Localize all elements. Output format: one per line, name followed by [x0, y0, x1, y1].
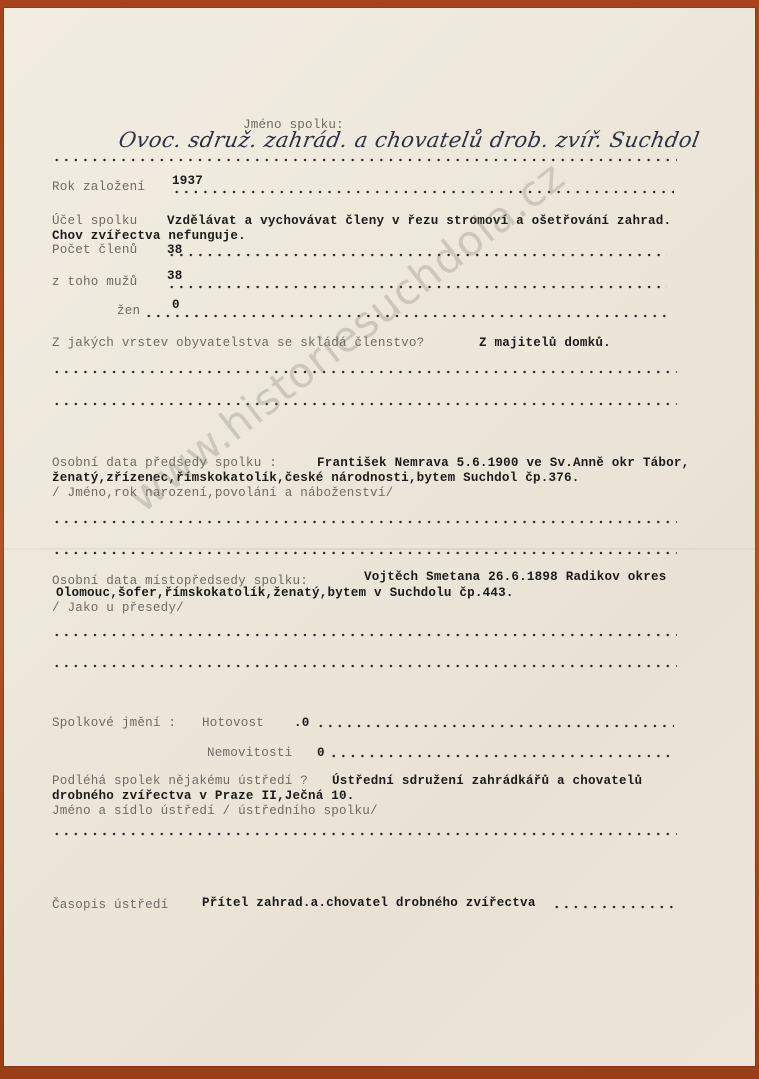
men-value: 38 [167, 269, 183, 283]
central-question: Podléhá spolek nějakému ústředí ? [52, 774, 308, 788]
vice-chairman-value-line1: Vojtěch Smetana 26.6.1898 Radikov okres [364, 570, 667, 584]
dotted-line [52, 633, 677, 637]
club-name-handwritten: Ovoc. sdruž. zahrád. a chovatelů drob. z… [117, 128, 702, 152]
dotted-line [52, 551, 677, 555]
purpose-value-line2: Chov zvířectva nefunguje. [52, 229, 246, 243]
women-value: 0 [172, 298, 180, 312]
journal-label: Časopis ústředí [52, 898, 168, 912]
cash-label: Hotovost [202, 716, 264, 730]
chairman-hint: / Jméno,rok narození,povolání a nábožens… [52, 486, 393, 500]
members-label: Počet členů [52, 243, 137, 257]
property-value: 0 [317, 746, 325, 760]
journal-value: Přítel zahrad.a.chovatel drobného zvířec… [202, 896, 536, 910]
founding-year-value: 1937 [172, 174, 203, 188]
purpose-value-line1: Vzdělávat a vychovávat členy v řezu stro… [167, 214, 671, 228]
dotted-line [329, 754, 674, 758]
document-page: Jméno spolku: Ovoc. sdruž. zahrád. a cho… [4, 8, 755, 1066]
women-label: žen [117, 304, 140, 318]
cash-value: .0 [294, 716, 310, 730]
dotted-line [52, 402, 677, 406]
central-value-line1: Ústřední sdružení zahrádkářů a chovatelů [332, 774, 642, 788]
dotted-line [52, 158, 677, 162]
property-label: Nemovitosti [207, 746, 292, 760]
vice-chairman-hint: / Jako u přesedy/ [52, 601, 184, 615]
dotted-line [172, 190, 674, 194]
assets-label: Spolkové jmění : [52, 716, 176, 730]
vice-chairman-value-line2: Olomouc,šofer,římskokatolík,ženatý,bytem… [56, 586, 514, 600]
dotted-line [552, 905, 674, 909]
dotted-line [52, 832, 677, 836]
chairman-value-line1: František Nemrava 5.6.1900 ve Sv.Anně ok… [317, 456, 689, 470]
founding-year-label: Rok založení [52, 180, 145, 194]
men-label: z toho mužů [52, 275, 137, 289]
central-value-line2: drobného zvířectva v Praze II,Ječná 10. [52, 789, 355, 803]
paper-fold [4, 548, 755, 550]
purpose-label: Účel spolku [52, 214, 137, 228]
strata-value: Z majitelů domků. [479, 336, 611, 350]
central-hint: Jméno a sídlo ústředí / ústředního spolk… [52, 804, 378, 818]
dotted-line [52, 370, 677, 374]
dotted-line [52, 520, 677, 524]
dotted-line [316, 724, 674, 728]
dotted-line [52, 664, 677, 668]
